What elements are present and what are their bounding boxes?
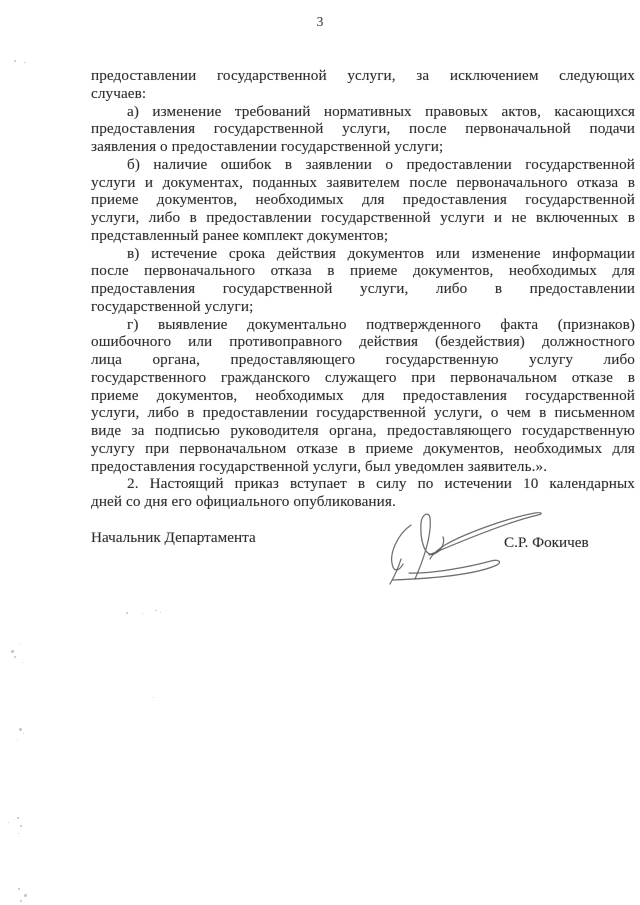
signatory-name: С.Р. Фокичев (504, 534, 589, 552)
text-line: государственной услуги; (91, 298, 635, 316)
text-line: предоставления государственной услуги, б… (91, 458, 635, 476)
scan-speckle (22, 662, 23, 663)
scan-speckle (14, 60, 16, 62)
text-line: предоставления государственной услуги, п… (91, 120, 635, 138)
scan-speckle (160, 612, 161, 613)
scan-speckle (20, 900, 22, 902)
signatory-position-title: Начальник Департамента (91, 529, 256, 547)
text-line: предоставления государственной услуги, л… (91, 280, 635, 298)
text-line: представленный ранее комплект документов… (91, 227, 635, 245)
scan-speckle (18, 888, 20, 890)
scan-speckle (23, 733, 24, 734)
text-line: услуги, либо в предоставлении государств… (91, 404, 635, 422)
scan-speckle (20, 825, 22, 827)
text-line: виде за подписью руководителя органа, пр… (91, 422, 635, 440)
document-page: 3 предоставлении государственной услуги,… (0, 0, 640, 905)
text-line: ошибочного или противоправного действия … (91, 333, 635, 351)
scan-speckle (24, 894, 27, 897)
text-line: в) истечение срока действия документов и… (91, 245, 635, 263)
text-line: б) наличие ошибок в заявлении о предоста… (91, 156, 635, 174)
text-line: услуги и документах, поданных заявителем… (91, 174, 635, 192)
scan-speckle (19, 728, 22, 731)
text-line: приеме документов, необходимых для предо… (91, 191, 635, 209)
scan-speckle (126, 612, 128, 614)
scan-speckle (155, 610, 157, 611)
scan-speckle (11, 650, 14, 653)
document-body: предоставлении государственной услуги, з… (91, 67, 635, 511)
text-line: государственного гражданского служащего … (91, 369, 635, 387)
text-line: услугу при первоначальном отказе в прием… (91, 440, 635, 458)
scan-speckle (153, 697, 154, 698)
text-line: предоставлении государственной услуги, з… (91, 67, 635, 85)
text-line: а) изменение требований нормативных прав… (91, 103, 635, 121)
page-number: 3 (310, 14, 330, 30)
scan-speckle (17, 740, 18, 741)
scan-speckle (8, 822, 9, 823)
scan-speckle (24, 62, 26, 63)
scan-speckle (14, 656, 16, 658)
text-line: приеме документов, необходимых для предо… (91, 387, 635, 405)
text-line: услуги, либо в предоставлении государств… (91, 209, 635, 227)
text-line: заявления о предоставлении государственн… (91, 138, 635, 156)
text-line: лица органа, предоставляющего государств… (91, 351, 635, 369)
text-line: после первоначального отказа в приеме до… (91, 262, 635, 280)
scan-speckle (142, 613, 143, 614)
scan-speckle (17, 817, 19, 819)
text-line: дней со дня его официального опубликован… (91, 493, 635, 511)
scan-speckle (18, 833, 19, 834)
text-line: случаев: (91, 85, 635, 103)
text-line: г) выявление документально подтвержденно… (91, 316, 635, 334)
text-line: 2. Настоящий приказ вступает в силу по и… (91, 475, 635, 493)
scan-speckle (20, 643, 21, 644)
